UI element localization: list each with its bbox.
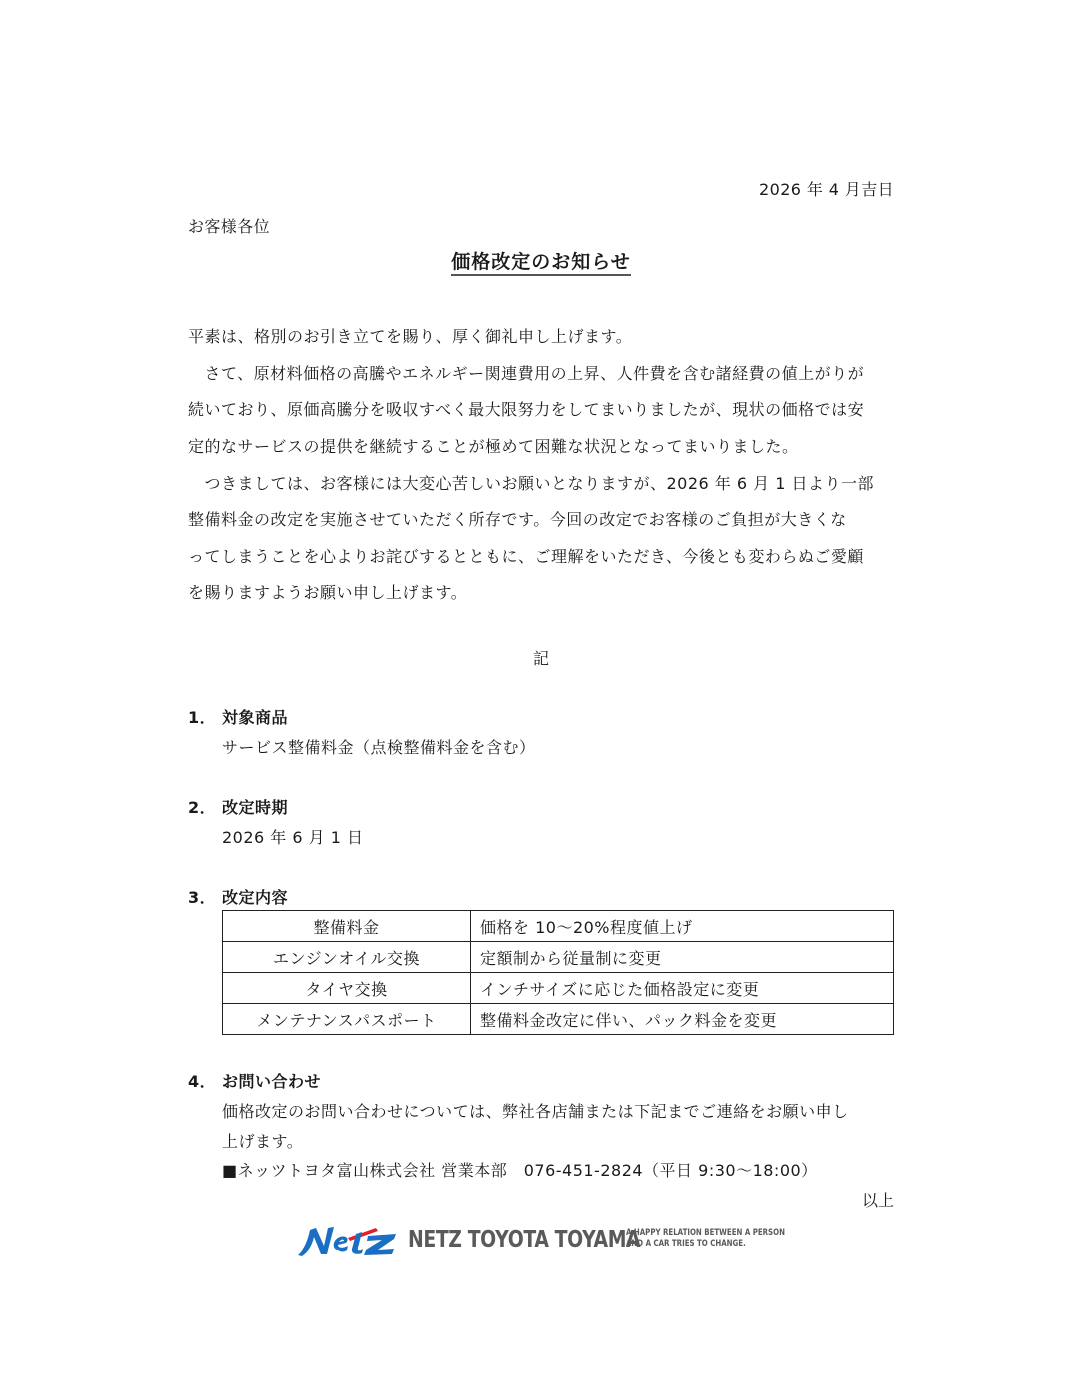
revision-table: 整備料金 価格を 10～20%程度値上げ エンジンオイル交換 定額制から従量制に…	[222, 910, 894, 1035]
table-row: タイヤ交換 インチサイズに応じた価格設定に変更	[223, 973, 894, 1004]
table-cell-item: エンジンオイル交換	[223, 942, 471, 973]
section-3-heading: 3．改定内容	[188, 885, 288, 908]
closing-mark: 以上	[862, 1188, 894, 1211]
netz-logo-mark-icon	[296, 1222, 404, 1258]
table-row: メンテナンスパスポート 整備料金改定に伴い、パック料金を変更	[223, 1004, 894, 1035]
section-number: 2．	[188, 795, 222, 818]
section-title: 改定内容	[222, 888, 288, 907]
table-cell-item: タイヤ交換	[223, 973, 471, 1004]
company-tagline: A HAPPY RELATION BETWEEN A PERSON AND A …	[626, 1228, 785, 1250]
ki-marker: 記	[0, 646, 1082, 669]
section-4-body-line-2: 上げます。	[222, 1129, 303, 1152]
table-row: 整備料金 価格を 10～20%程度値上げ	[223, 911, 894, 942]
table-cell-item: メンテナンスパスポート	[223, 1004, 471, 1035]
addressee: お客様各位	[188, 214, 270, 237]
section-title: お問い合わせ	[222, 1072, 321, 1091]
body-line-7: ってしまうことを心よりお詫びするとともに、ご理解をいただき、今後とも変わらぬご愛…	[188, 544, 898, 567]
body-line-6: 整備料金の改定を実施させていただく所存です。今回の改定でお客様のご負担が大きくな	[188, 507, 898, 530]
contact-line: ■ネッツトヨタ富山株式会社 営業本部 076-451-2824（平日 9:30～…	[222, 1158, 818, 1181]
company-logo: NETZ TOYOTA TOYAMA A HAPPY RELATION BETW…	[296, 1222, 691, 1258]
tagline-line-1: A HAPPY RELATION BETWEEN A PERSON	[626, 1228, 785, 1239]
table-cell-description: 価格を 10～20%程度値上げ	[471, 911, 894, 942]
section-number: 1．	[188, 705, 222, 728]
table-cell-description: インチサイズに応じた価格設定に変更	[471, 973, 894, 1004]
tagline-line-2: AND A CAR TRIES TO CHANGE.	[626, 1239, 785, 1250]
body-line-5: つきましては、お客様には大変心苦しいお願いとなりますが、2026 年 6 月 1…	[188, 471, 898, 494]
document-page: 2026 年 4 月吉日 お客様各位 価格改定のお知らせ 平素は、格別のお引き立…	[0, 0, 1082, 1400]
body-line-8: を賜りますようお願い申し上げます。	[188, 580, 898, 603]
table-row: エンジンオイル交換 定額制から従量制に変更	[223, 942, 894, 973]
document-title-text: 価格改定のお知らせ	[451, 251, 630, 276]
section-title: 対象商品	[222, 708, 288, 727]
section-1-body: サービス整備料金（点検整備料金を含む）	[222, 735, 536, 758]
table-cell-item: 整備料金	[223, 911, 471, 942]
document-title: 価格改定のお知らせ	[0, 247, 1082, 274]
section-2-heading: 2．改定時期	[188, 795, 288, 818]
section-2-body: 2026 年 6 月 1 日	[222, 825, 364, 848]
section-4-body-line-1: 価格改定のお問い合わせについては、弊社各店舗または下記までご連絡をお願い申し	[222, 1099, 849, 1122]
document-date: 2026 年 4 月吉日	[759, 177, 894, 200]
section-1-heading: 1．対象商品	[188, 705, 288, 728]
section-number: 4．	[188, 1069, 222, 1092]
section-4-heading: 4．お問い合わせ	[188, 1069, 321, 1092]
section-number: 3．	[188, 885, 222, 908]
body-line-4: 定的なサービスの提供を継続することが極めて困難な状況となってまいりました。	[188, 434, 898, 457]
section-title: 改定時期	[222, 798, 288, 817]
table-cell-description: 整備料金改定に伴い、パック料金を変更	[471, 1004, 894, 1035]
body-line-3: 続いており、原価高騰分を吸収すべく最大限努力をしてまいりましたが、現状の価格では…	[188, 397, 898, 420]
body-line-1: 平素は、格別のお引き立てを賜り、厚く御礼申し上げます。	[188, 324, 898, 347]
body-line-2: さて、原材料価格の高騰やエネルギー関連費用の上昇、人件費を含む諸経費の値上がりが	[188, 361, 898, 384]
table-cell-description: 定額制から従量制に変更	[471, 942, 894, 973]
company-name: NETZ TOYOTA TOYAMA	[408, 1227, 640, 1253]
